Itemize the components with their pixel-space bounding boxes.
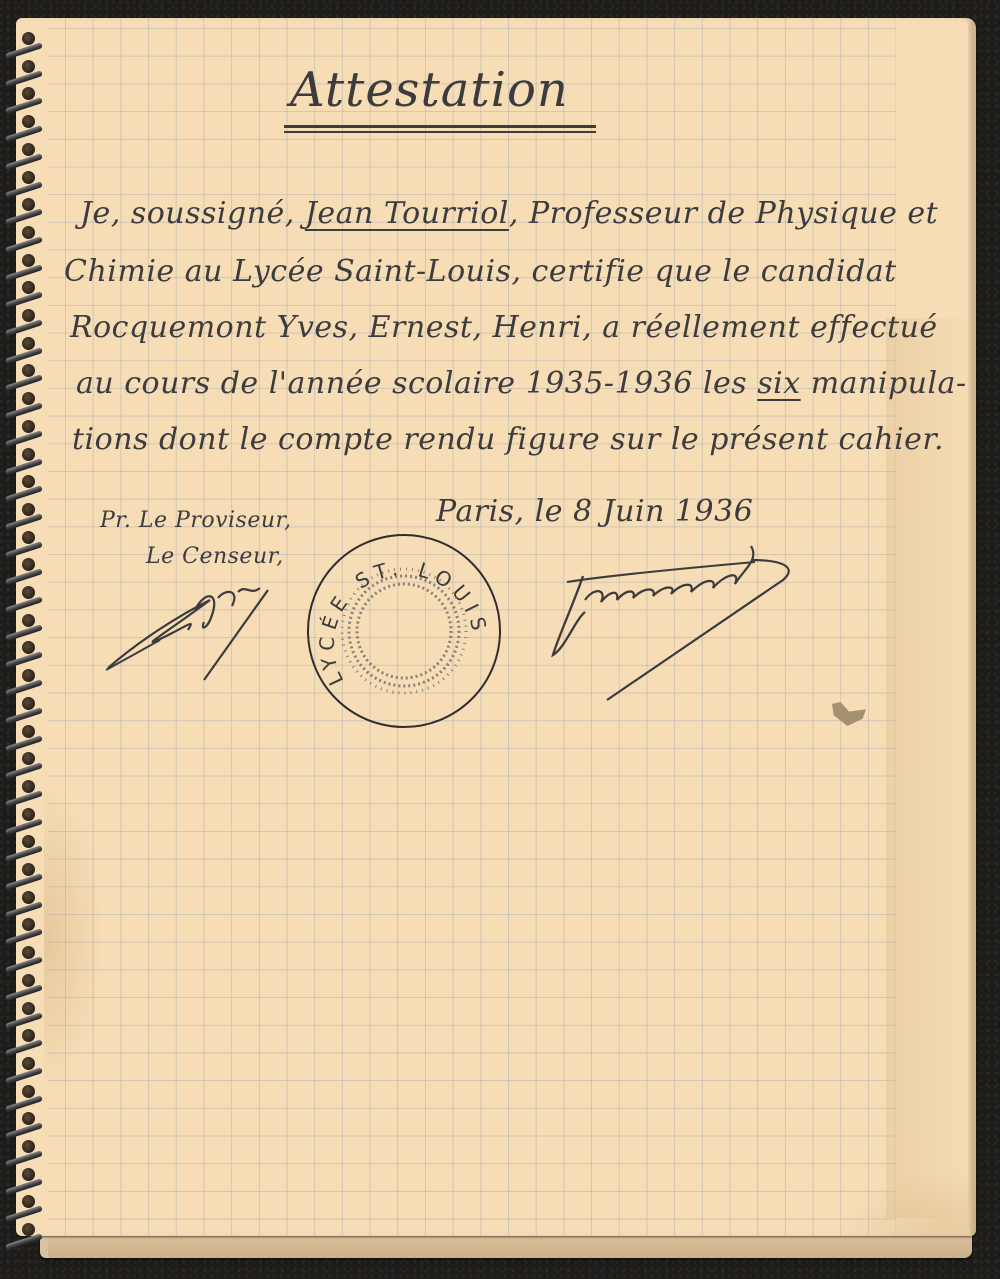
water-stain-left: [44, 778, 104, 1098]
binding-hole: [22, 143, 35, 156]
binding-hole: [22, 448, 35, 461]
text-fragment: tions dont le compte rendu figure sur le…: [72, 422, 944, 457]
binding-hole: [22, 60, 35, 73]
count-word: six: [757, 366, 800, 401]
binding-hole: [22, 1002, 35, 1015]
binding-hole: [22, 1057, 35, 1070]
text-fragment: manipula-: [801, 366, 967, 401]
proviseur-label: Pr. Le Proviseur,: [100, 508, 292, 533]
binding-hole: [22, 1223, 35, 1236]
title-underline: [284, 125, 596, 128]
censeur-label: Le Censeur,: [146, 544, 284, 569]
binding-hole: [22, 226, 35, 239]
body-line-3: Rocquemont Yves, Ernest, Henri, a réelle…: [70, 310, 938, 345]
body-line-4: au cours de l'année scolaire 1935-1936 l…: [76, 366, 967, 401]
binding-hole: [22, 337, 35, 350]
binding-hole: [22, 725, 35, 738]
binding-hole: [22, 586, 35, 599]
school-stamp: LYCÉE ST. LOUIS: [304, 531, 504, 731]
notebook-back-cover-edge: [48, 1236, 972, 1258]
binding-hole: [22, 780, 35, 793]
binding-hole: [22, 946, 35, 959]
body-line-5: tions dont le compte rendu figure sur le…: [72, 422, 944, 457]
binding-hole: [22, 32, 35, 45]
binding-hole: [22, 531, 35, 544]
binding-hole: [22, 614, 35, 627]
text-fragment: Chimie au Lycée Saint-Louis, certifie qu…: [64, 254, 897, 289]
signature-right: [545, 540, 805, 705]
body-line-1: Je, soussigné, Jean Tourriol, Professeur…: [80, 196, 938, 231]
binding-hole: [22, 863, 35, 876]
title-underline-second: [284, 131, 596, 133]
binding-hole: [22, 1140, 35, 1153]
binding-hole: [22, 254, 35, 267]
page-title: Attestation: [290, 62, 569, 118]
binding-hole: [22, 669, 35, 682]
binding-hole: [22, 392, 35, 405]
binding-hole: [22, 420, 35, 433]
place-date: Paris, le 8 Juin 1936: [436, 494, 753, 529]
binding-hole: [22, 309, 35, 322]
binding-hole: [22, 1168, 35, 1181]
svg-text:LYCÉE ST. LOUIS: LYCÉE ST. LOUIS: [315, 556, 493, 690]
binding-hole: [22, 503, 35, 516]
water-stain-bottom: [836, 1168, 976, 1236]
binding-hole: [22, 115, 35, 128]
text-fragment: , Professeur de Physique et: [509, 196, 938, 231]
text-fragment: Je, soussigné,: [80, 196, 305, 231]
candidate-line: Rocquemont Yves, Ernest, Henri, a réelle…: [70, 310, 938, 345]
text-fragment: au cours de l'année scolaire 1935-1936 l…: [76, 366, 757, 401]
signature-left: [100, 570, 280, 690]
stamp-text: LYCÉE ST. LOUIS: [315, 556, 493, 690]
body-line-2: Chimie au Lycée Saint-Louis, certifie qu…: [64, 254, 897, 289]
binding-hole: [22, 171, 35, 184]
teacher-name: Jean Tourriol: [305, 196, 509, 231]
page-edge: [968, 18, 974, 1236]
binding-hole: [22, 1085, 35, 1098]
binding-hole: [22, 808, 35, 821]
binding-hole: [22, 697, 35, 710]
binding-hole: [22, 891, 35, 904]
binding-hole: [22, 974, 35, 987]
